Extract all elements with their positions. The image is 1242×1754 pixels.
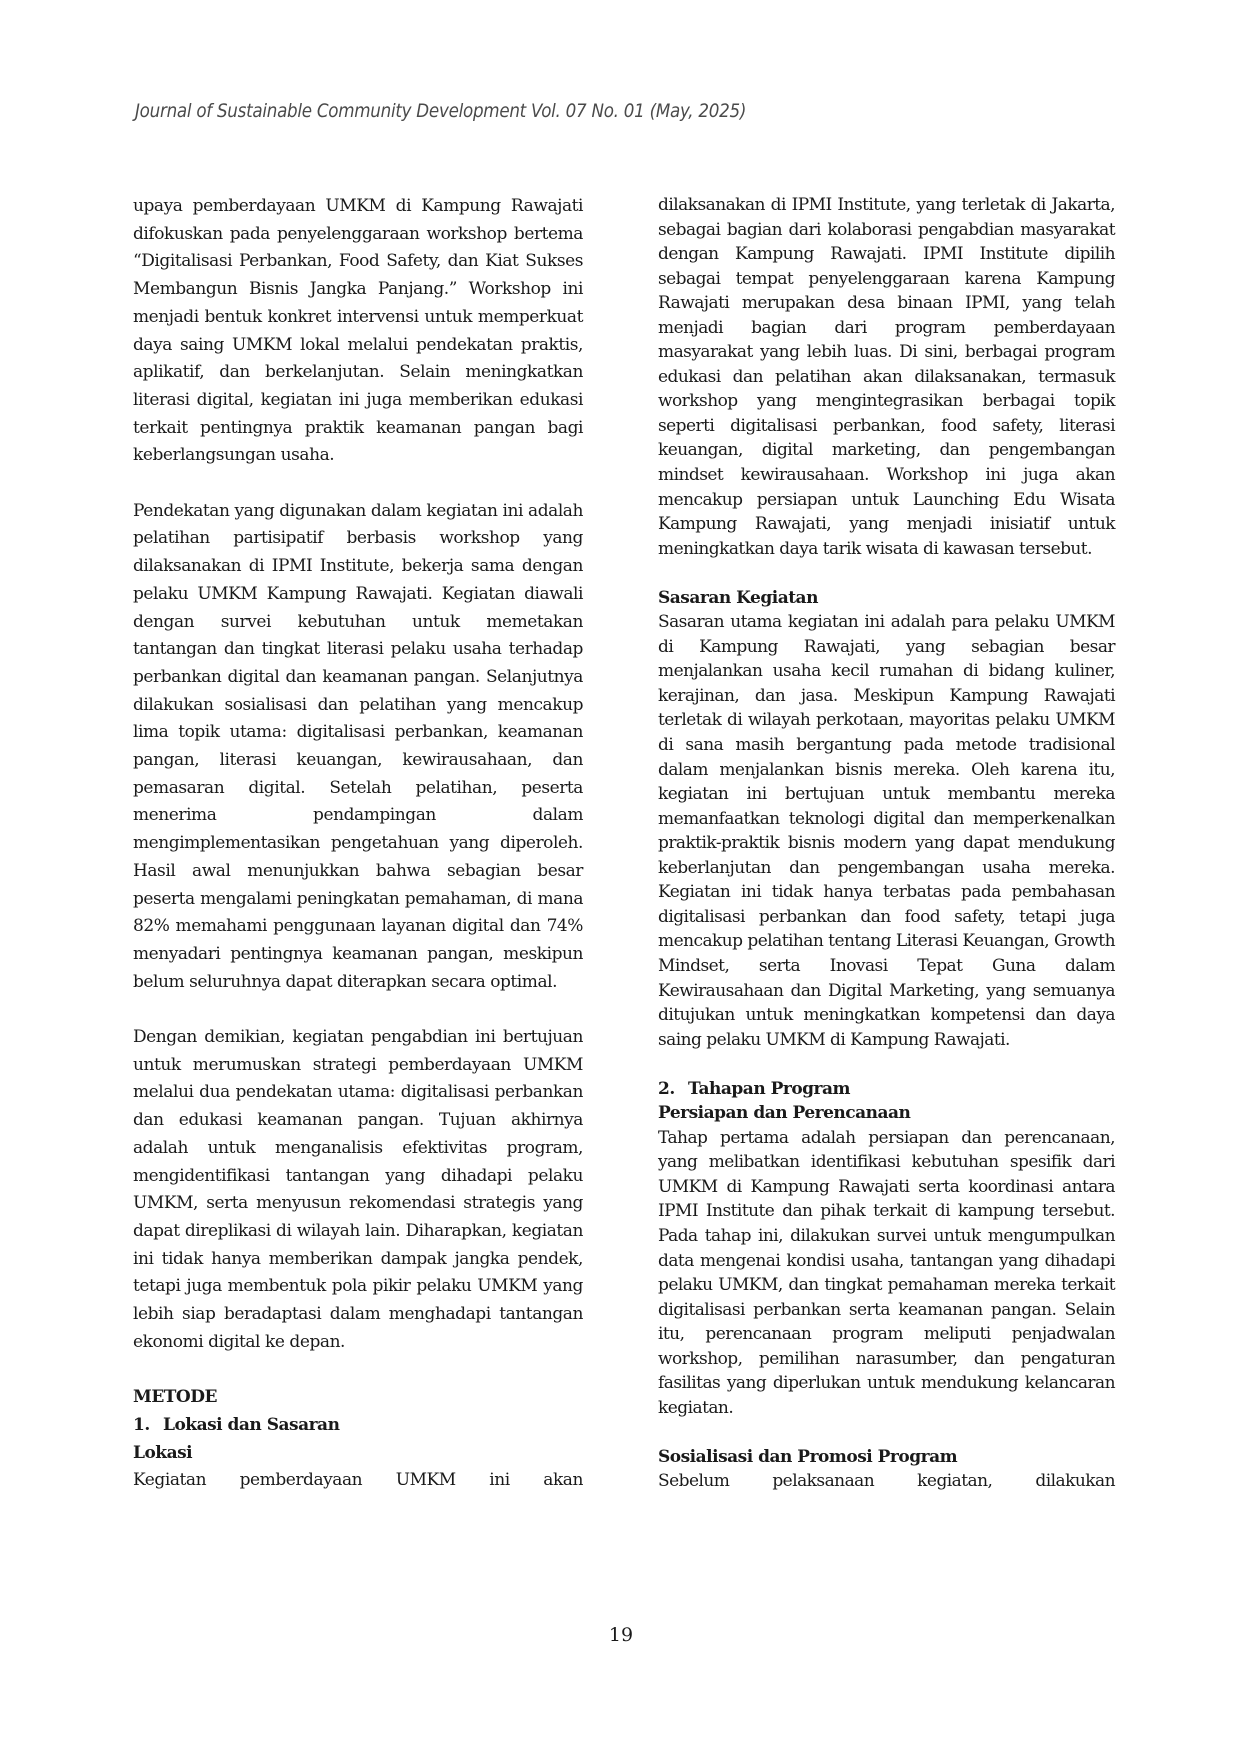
subsection-number: 1. (133, 1412, 163, 1440)
sub-heading-sasaran-kegiatan: Sasaran Kegiatan (658, 586, 1115, 611)
body-paragraph: Kegiatan pemberdayaan UMKM ini akan (133, 1467, 583, 1495)
body-paragraph: Pendekatan yang digunakan dalam kegiatan… (133, 498, 583, 997)
page-number: 19 (0, 1624, 1242, 1646)
sub-heading-persiapan: Persiapan dan Perencanaan (658, 1101, 1115, 1126)
left-column: upaya pemberdayaan UMKM di Kampung Rawaj… (133, 193, 583, 1495)
body-paragraph: dilaksanakan di IPMI Institute, yang ter… (658, 193, 1115, 561)
subsection-heading-lokasi-sasaran: 1.Lokasi dan Sasaran (133, 1412, 583, 1440)
subsection-title: Lokasi dan Sasaran (163, 1415, 339, 1435)
section-heading-metode: METODE (133, 1384, 583, 1412)
subsection-title: Tahapan Program (688, 1079, 850, 1099)
subsection-heading-tahapan-program: 2.Tahapan Program (658, 1077, 1115, 1102)
subsection-number: 2. (658, 1077, 688, 1102)
body-paragraph: Dengan demikian, kegiatan pengabdian ini… (133, 1024, 583, 1356)
sub-heading-lokasi: Lokasi (133, 1440, 583, 1468)
body-paragraph: Sasaran utama kegiatan ini adalah para p… (658, 610, 1115, 1052)
body-paragraph: upaya pemberdayaan UMKM di Kampung Rawaj… (133, 193, 583, 470)
right-column: dilaksanakan di IPMI Institute, yang ter… (658, 193, 1115, 1494)
body-paragraph: Sebelum pelaksanaan kegiatan, dilakukan (658, 1469, 1115, 1494)
running-header: Journal of Sustainable Community Develop… (135, 100, 839, 122)
body-paragraph: Tahap pertama adalah persiapan dan peren… (658, 1126, 1115, 1421)
sub-heading-sosialisasi: Sosialisasi dan Promosi Program (658, 1445, 1115, 1470)
